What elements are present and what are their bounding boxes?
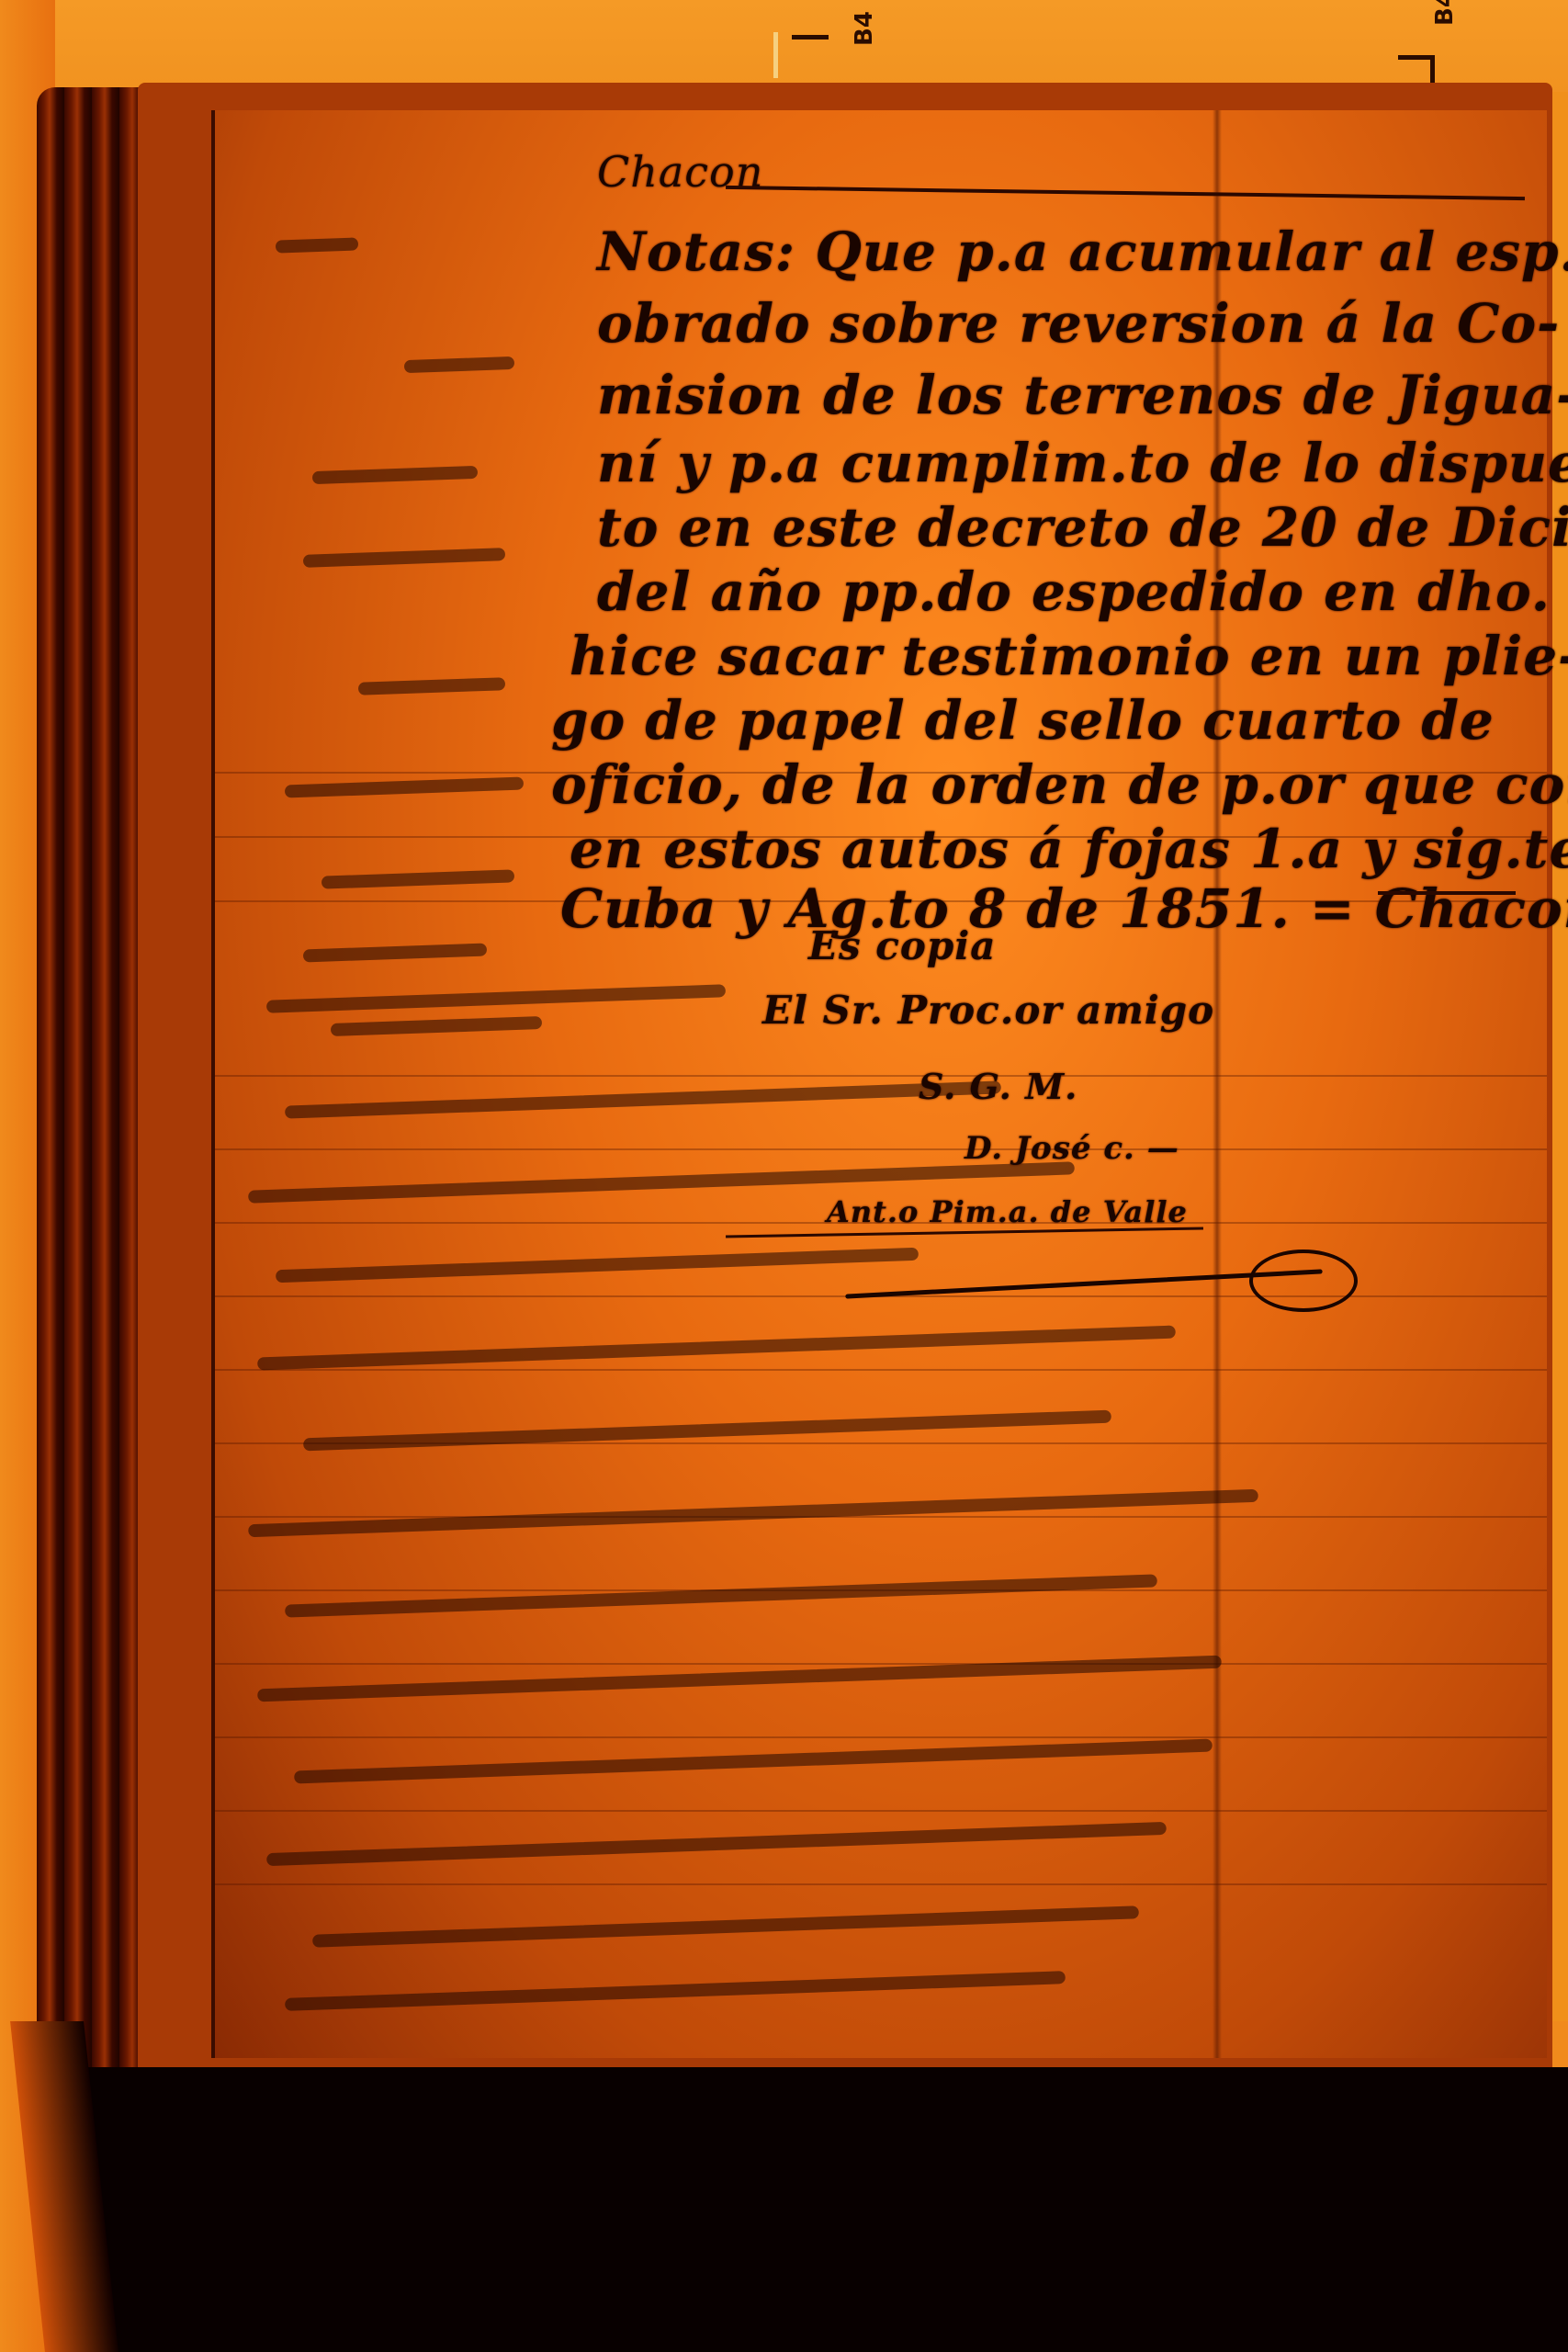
shadow-bottom: [83, 2067, 1568, 2352]
text-line-10: en estos autos á fojas 1.a y sig.te: [570, 818, 1568, 880]
text-line-6: del año pp.do espedido en dho. esp.te: [597, 560, 1568, 623]
closing-rule: [1378, 891, 1516, 895]
text-line-11: Cuba y Ag.to 8 de 1851. = Chacon: [560, 877, 1568, 940]
text-line-8: go de papel del sello cuarto de: [551, 689, 1495, 752]
signature-rubric: [1249, 1249, 1358, 1312]
tab-marker-right: B4: [1431, 0, 1459, 26]
text-line-4: ní y p.a cumplim.to de lo dispues-: [597, 432, 1568, 494]
text-line-2: obrado sobre reversion á la Co-: [597, 292, 1560, 355]
text-line-3: mision de los terrenos de Jigua-: [597, 364, 1568, 426]
signature-name: Ant.o Pim.a. de Valle: [827, 1194, 1188, 1229]
text-line-5: to en este decreto de 20 de Diciem.e: [597, 496, 1568, 559]
tab-marker-line-right-h: [1398, 55, 1435, 60]
tape-strip: [773, 32, 778, 78]
bleed-through-lower-text: [230, 992, 1424, 2049]
text-line-9: oficio, de la orden de p.or que corre: [551, 753, 1568, 816]
text-line-7: hice sacar testimonio en un plie-: [570, 625, 1568, 687]
tab-marker-line-left: [792, 35, 829, 40]
signature-initials: S. G. M.: [919, 1066, 1077, 1107]
text-line-1: Notas: Que p.a acumular al esp.te: [597, 220, 1568, 283]
procurator-note: El Sr. Proc.or amigo: [762, 988, 1214, 1033]
signature-line-2: D. José c. —: [964, 1130, 1179, 1167]
copy-attestation: Es copia: [808, 923, 996, 968]
tab-marker-left: B4: [851, 11, 878, 46]
